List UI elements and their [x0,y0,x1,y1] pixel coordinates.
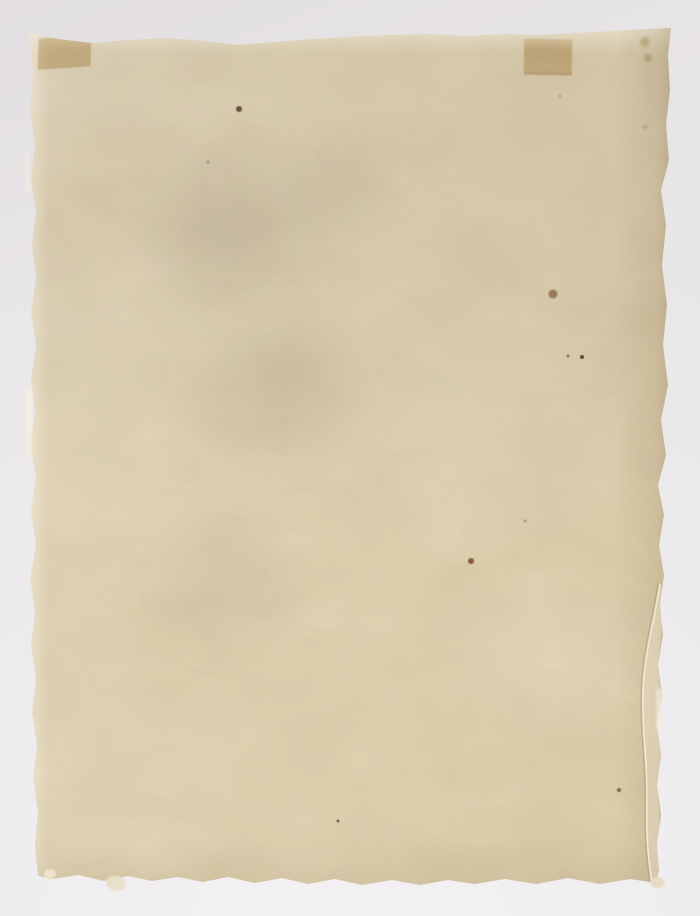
deckle-edge-sliver [26,388,32,460]
foxing-layer [0,0,700,916]
foxing-spot [580,355,584,359]
foxing-spot [644,54,652,62]
foxing-spot [559,95,562,98]
foxing-spot [468,558,474,564]
foxing-spot [524,520,527,523]
deckle-edge-sliver [25,152,30,194]
foxing-spot [236,106,242,112]
photograph-of-paper-verso [0,0,700,916]
foxing-spot [337,820,340,823]
foxing-spot [643,125,648,130]
deckle-fiber [650,877,665,888]
foxing-spot [617,788,621,792]
foxing-spot [207,161,210,164]
foxing-spot [567,355,570,358]
foxing-spot [640,37,650,47]
paper-sheet [0,0,700,916]
tear-edge-sliver [656,688,663,730]
deckle-fiber [44,869,56,879]
foxing-spot [549,290,558,299]
